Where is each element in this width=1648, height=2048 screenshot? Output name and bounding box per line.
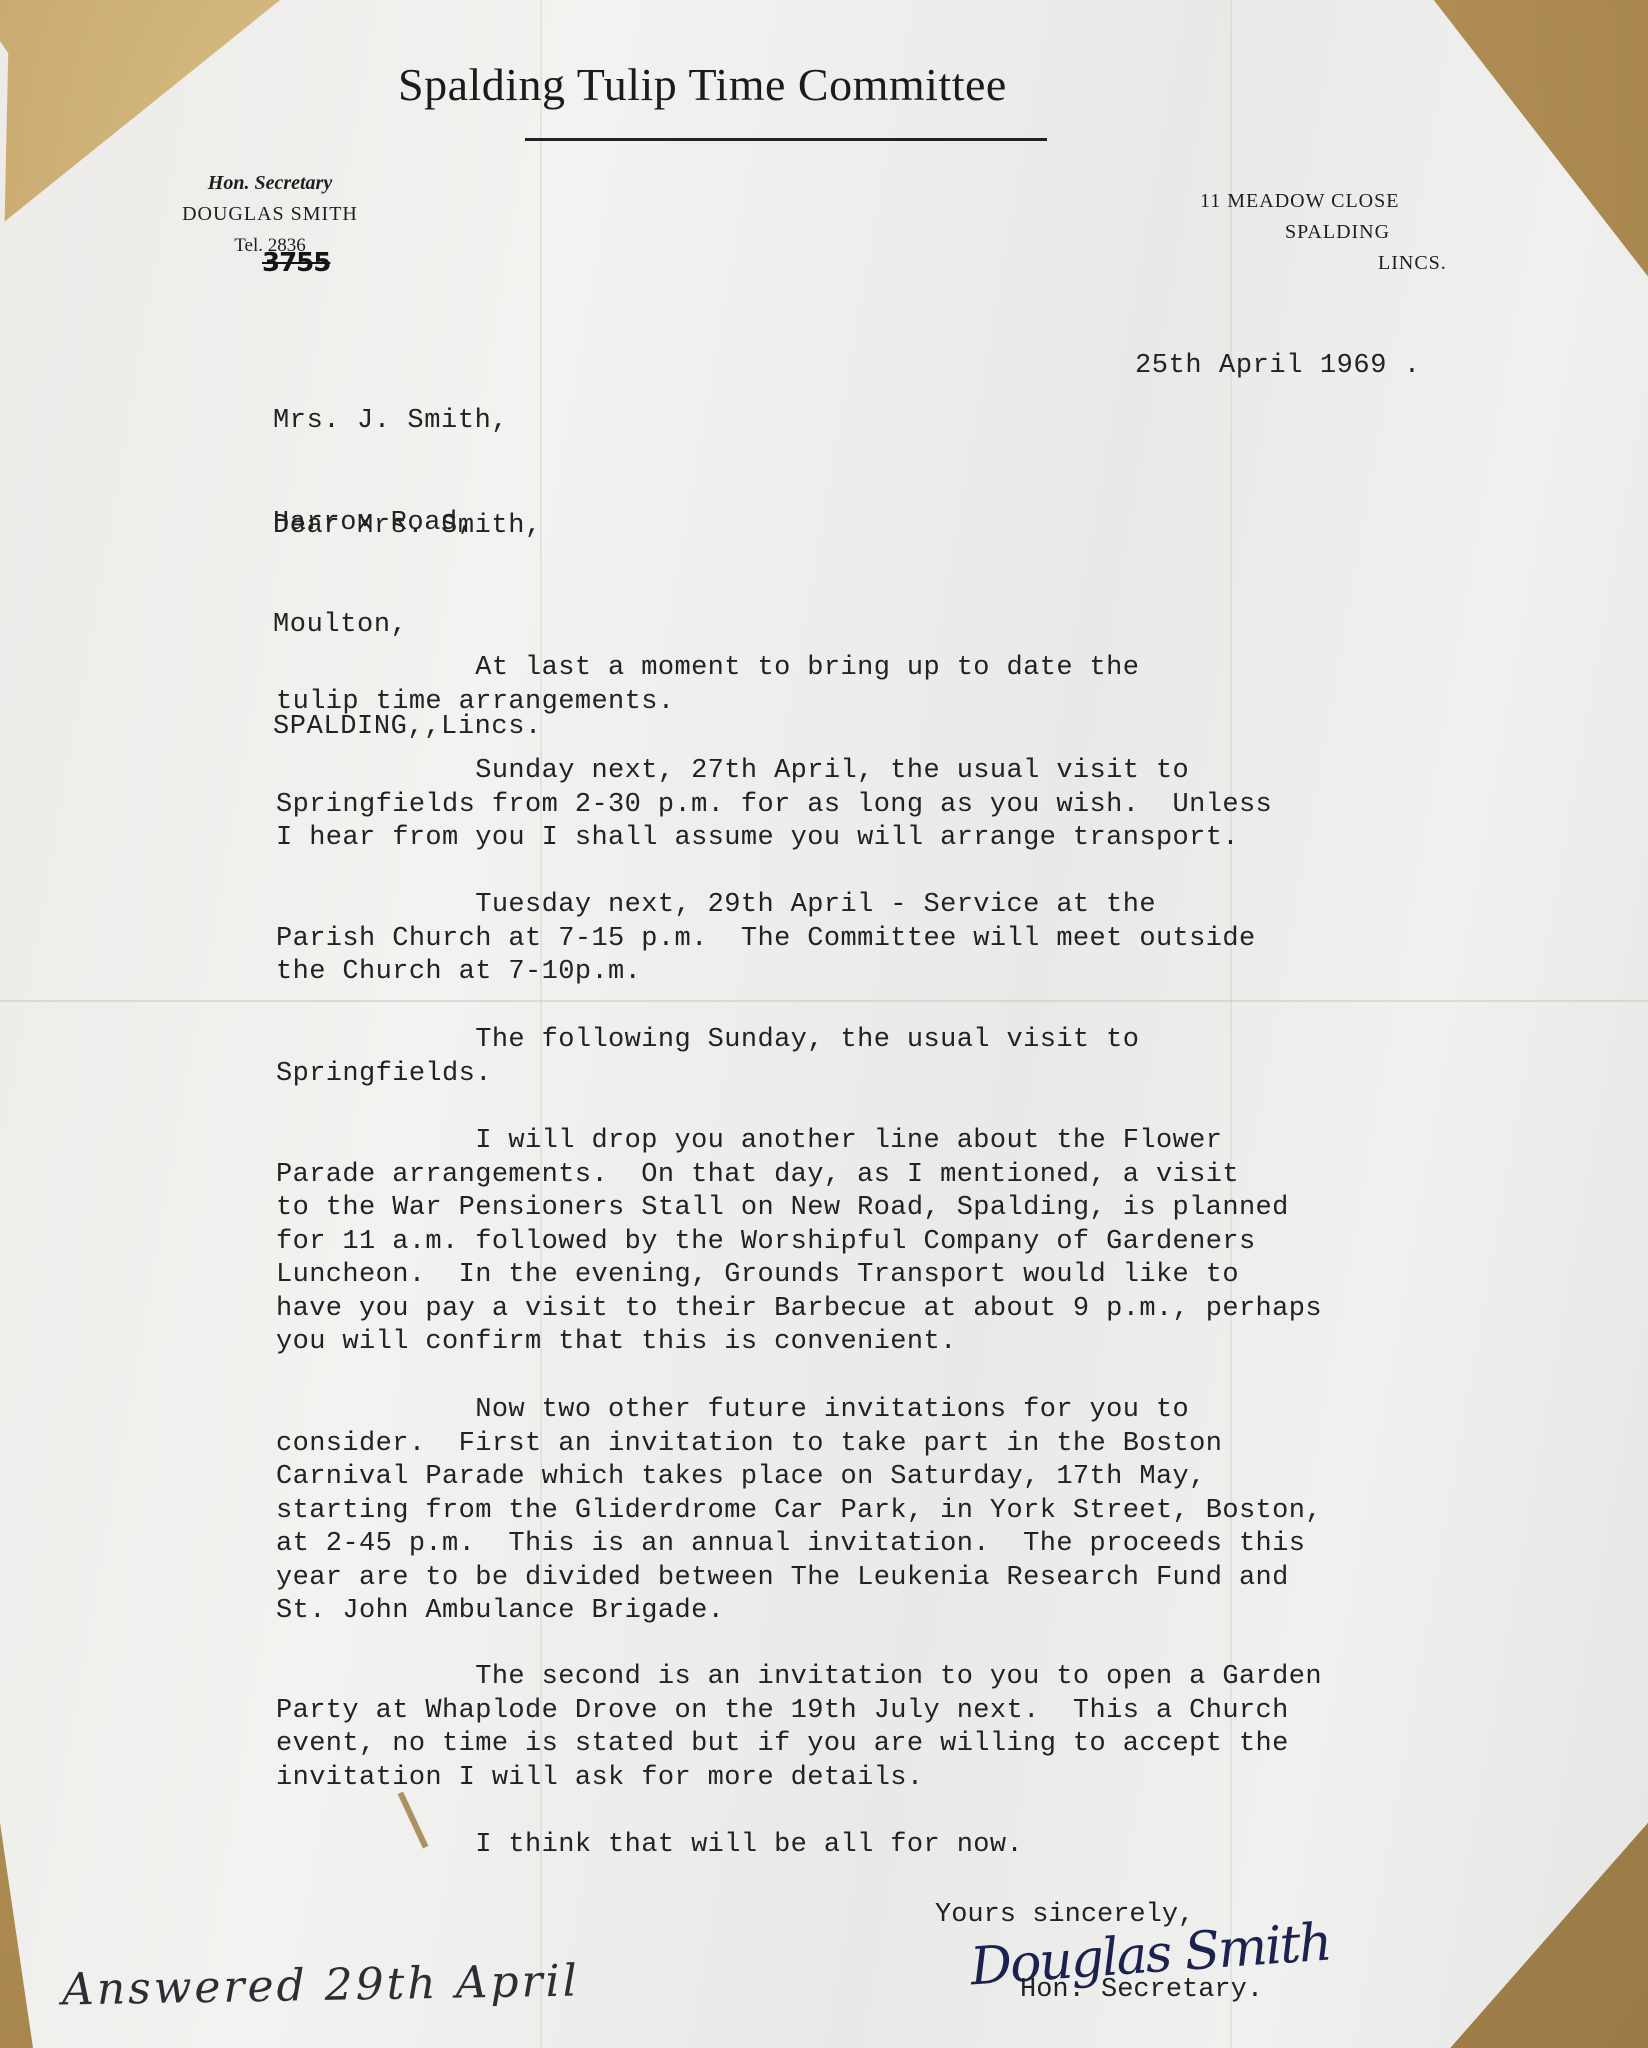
paragraph-boston-carnival: Now two other future invitations for you… (276, 1394, 1626, 1629)
text-line: consider. First an invitation to take pa… (276, 1428, 1626, 1462)
text-line: you will confirm that this is convenient… (276, 1326, 1626, 1360)
text-line: to the War Pensioners Stall on New Road,… (276, 1192, 1626, 1226)
handwritten-annotation: Answered 29th April (62, 1955, 581, 2015)
text-line: have you pay a visit to their Barbecue a… (276, 1293, 1626, 1327)
paper-fold-horizontal (0, 1000, 1648, 1002)
address-line: LINCS. (1378, 248, 1447, 279)
address-line: 11 MEADOW CLOSE (1200, 186, 1447, 217)
letter-paper: Spalding Tulip Time Committee Hon. Secre… (0, 0, 1648, 2048)
salutation: Dear Mrs. Smith, (273, 510, 542, 543)
text-line: invitation I will ask for more details. (276, 1762, 1626, 1796)
paragraph-flower-parade: I will drop you another line about the F… (276, 1125, 1626, 1360)
text-line: St. John Ambulance Brigade. (276, 1595, 1626, 1629)
text-line: tulip time arrangements. (276, 686, 1626, 720)
letter-date: 25th April 1969 . (1135, 350, 1421, 383)
text-line: event, no time is stated but if you are … (276, 1728, 1626, 1762)
sender-address: 11 MEADOW CLOSE SPALDING LINCS. (1200, 186, 1447, 279)
paragraph-closing-remark: I think that will be all for now. (276, 1829, 1626, 1863)
handwritten-phone-correction: 3755 (262, 248, 330, 278)
text-line: the Church at 7-10p.m. (276, 956, 1626, 990)
text-line: starting from the Gliderdrome Car Park, … (276, 1495, 1626, 1529)
text-line: at 2-45 p.m. This is an annual invitatio… (276, 1528, 1626, 1562)
title-underline (525, 138, 1047, 141)
text-line: Sunday next, 27th April, the usual visit… (276, 755, 1626, 789)
text-line: Parish Church at 7-15 p.m. The Committee… (276, 923, 1626, 957)
text-line: Party at Whaplode Drove on the 19th July… (276, 1695, 1626, 1729)
text-line: Springfields from 2-30 p.m. for as long … (276, 789, 1626, 823)
text-line: I will drop you another line about the F… (276, 1125, 1626, 1159)
text-line: for 11 a.m. followed by the Worshipful C… (276, 1226, 1626, 1260)
letterhead-title: Spalding Tulip Time Committee (398, 58, 1007, 111)
paragraph-sunday-visit: Sunday next, 27th April, the usual visit… (276, 755, 1626, 856)
paragraph-following-sunday: The following Sunday, the usual visit to… (276, 1024, 1626, 1091)
paragraph-garden-party: The second is an invitation to you to op… (276, 1661, 1626, 1795)
text-line: Carnival Parade which takes place on Sat… (276, 1461, 1626, 1495)
address-line: SPALDING (1285, 217, 1447, 248)
paragraph-tuesday-service: Tuesday next, 29th April - Service at th… (276, 889, 1626, 990)
text-line: I hear from you I shall assume you will … (276, 822, 1626, 856)
text-line: The second is an invitation to you to op… (276, 1661, 1626, 1695)
text-line: The following Sunday, the usual visit to (276, 1024, 1626, 1058)
text-line: Now two other future invitations for you… (276, 1394, 1626, 1428)
text-line: year are to be divided between The Leuke… (276, 1562, 1626, 1596)
signatory-role: Hon. Secretary. (1020, 1975, 1263, 2005)
recipient-line: Moulton, (273, 608, 542, 642)
text-line: Tuesday next, 29th April - Service at th… (276, 889, 1626, 923)
paragraph-intro: At last a moment to bring up to date the… (276, 652, 1626, 719)
text-line: Parade arrangements. On that day, as I m… (276, 1159, 1626, 1193)
secretary-role: Hon. Secretary (140, 168, 400, 199)
secretary-name: DOUGLAS SMITH (140, 199, 400, 230)
text-line: Springfields. (276, 1058, 1626, 1092)
recipient-line: Mrs. J. Smith, (273, 404, 542, 438)
text-line: Luncheon. In the evening, Grounds Transp… (276, 1259, 1626, 1293)
text-line: At last a moment to bring up to date the (276, 652, 1626, 686)
recipient-address: Mrs. J. Smith, Harrox Road, Moulton, SPA… (273, 336, 542, 812)
text-line: I think that will be all for now. (276, 1829, 1626, 1863)
